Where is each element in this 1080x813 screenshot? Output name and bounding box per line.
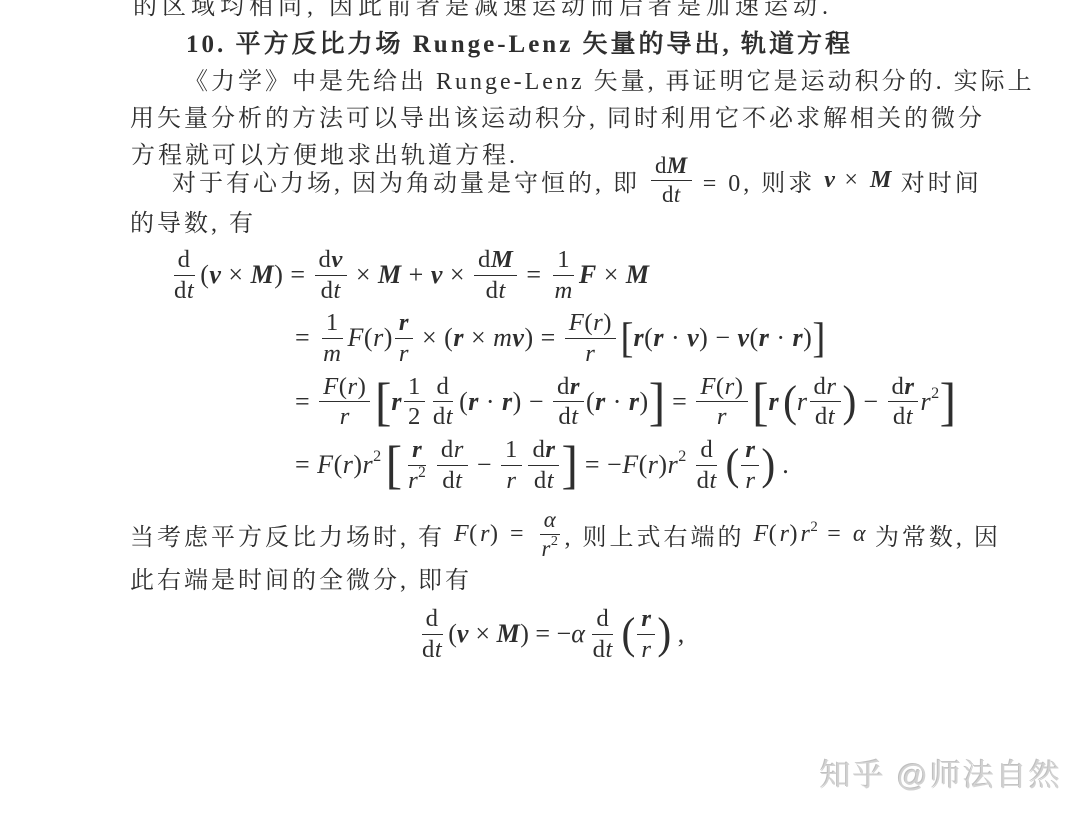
zhihu-watermark: 知乎 @师法自然	[820, 750, 1062, 795]
top-cut-line: 的区域均相同, 因此前者是减速运动而后者是加速运动.	[133, 0, 833, 21]
final-equation: ddt(v × M) = −αddt(rr) ,	[416, 602, 684, 666]
equation-line-4: = F(r)r2[rr2drdt − 1rdrdt] = −F(r)r2ddt(…	[295, 436, 956, 494]
paragraph2-line1: 对于有心力场, 因为角动量是守恒的, 即 dMdt = 0, 则求 v × M …	[172, 152, 982, 208]
equation-line-1: ddt(v × M) = dvdt × M + v × dMdt = 1mF ×…	[168, 246, 956, 304]
paragraph3-line1: 当考虑平方反比力场时, 有 F(r) = αr2, 则上式右端的 F(r)r2 …	[130, 506, 1001, 562]
document-page: 的区域均相同, 因此前者是减速运动而后者是加速运动. 10. 平方反比力场 Ru…	[0, 0, 1080, 813]
paragraph2-line2: 的导数, 有	[130, 203, 256, 238]
paragraph3-line2: 此右端是时间的全微分, 即有	[130, 560, 472, 595]
derivation-equation-block: ddt(v × M) = dvdt × M + v × dMdt = 1mF ×…	[168, 246, 956, 499]
paragraph1-line2: 用矢量分析的方法可以导出该运动积分, 同时利用它不必求解相关的微分	[130, 98, 985, 133]
equation-line-2: = 1mF(r)rr × (r × mv) = F(r)r[r(r · v) −…	[295, 309, 956, 367]
paragraph1-line1: 《力学》中是先给出 Runge-Lenz 矢量, 再证明它是运动积分的. 实际上	[184, 61, 1035, 96]
section-heading: 10. 平方反比力场 Runge-Lenz 矢量的导出, 轨道方程	[186, 24, 853, 60]
equation-line-3: = F(r)r[r12ddt(r · r) − drdt(r · r)] = F…	[295, 373, 956, 431]
